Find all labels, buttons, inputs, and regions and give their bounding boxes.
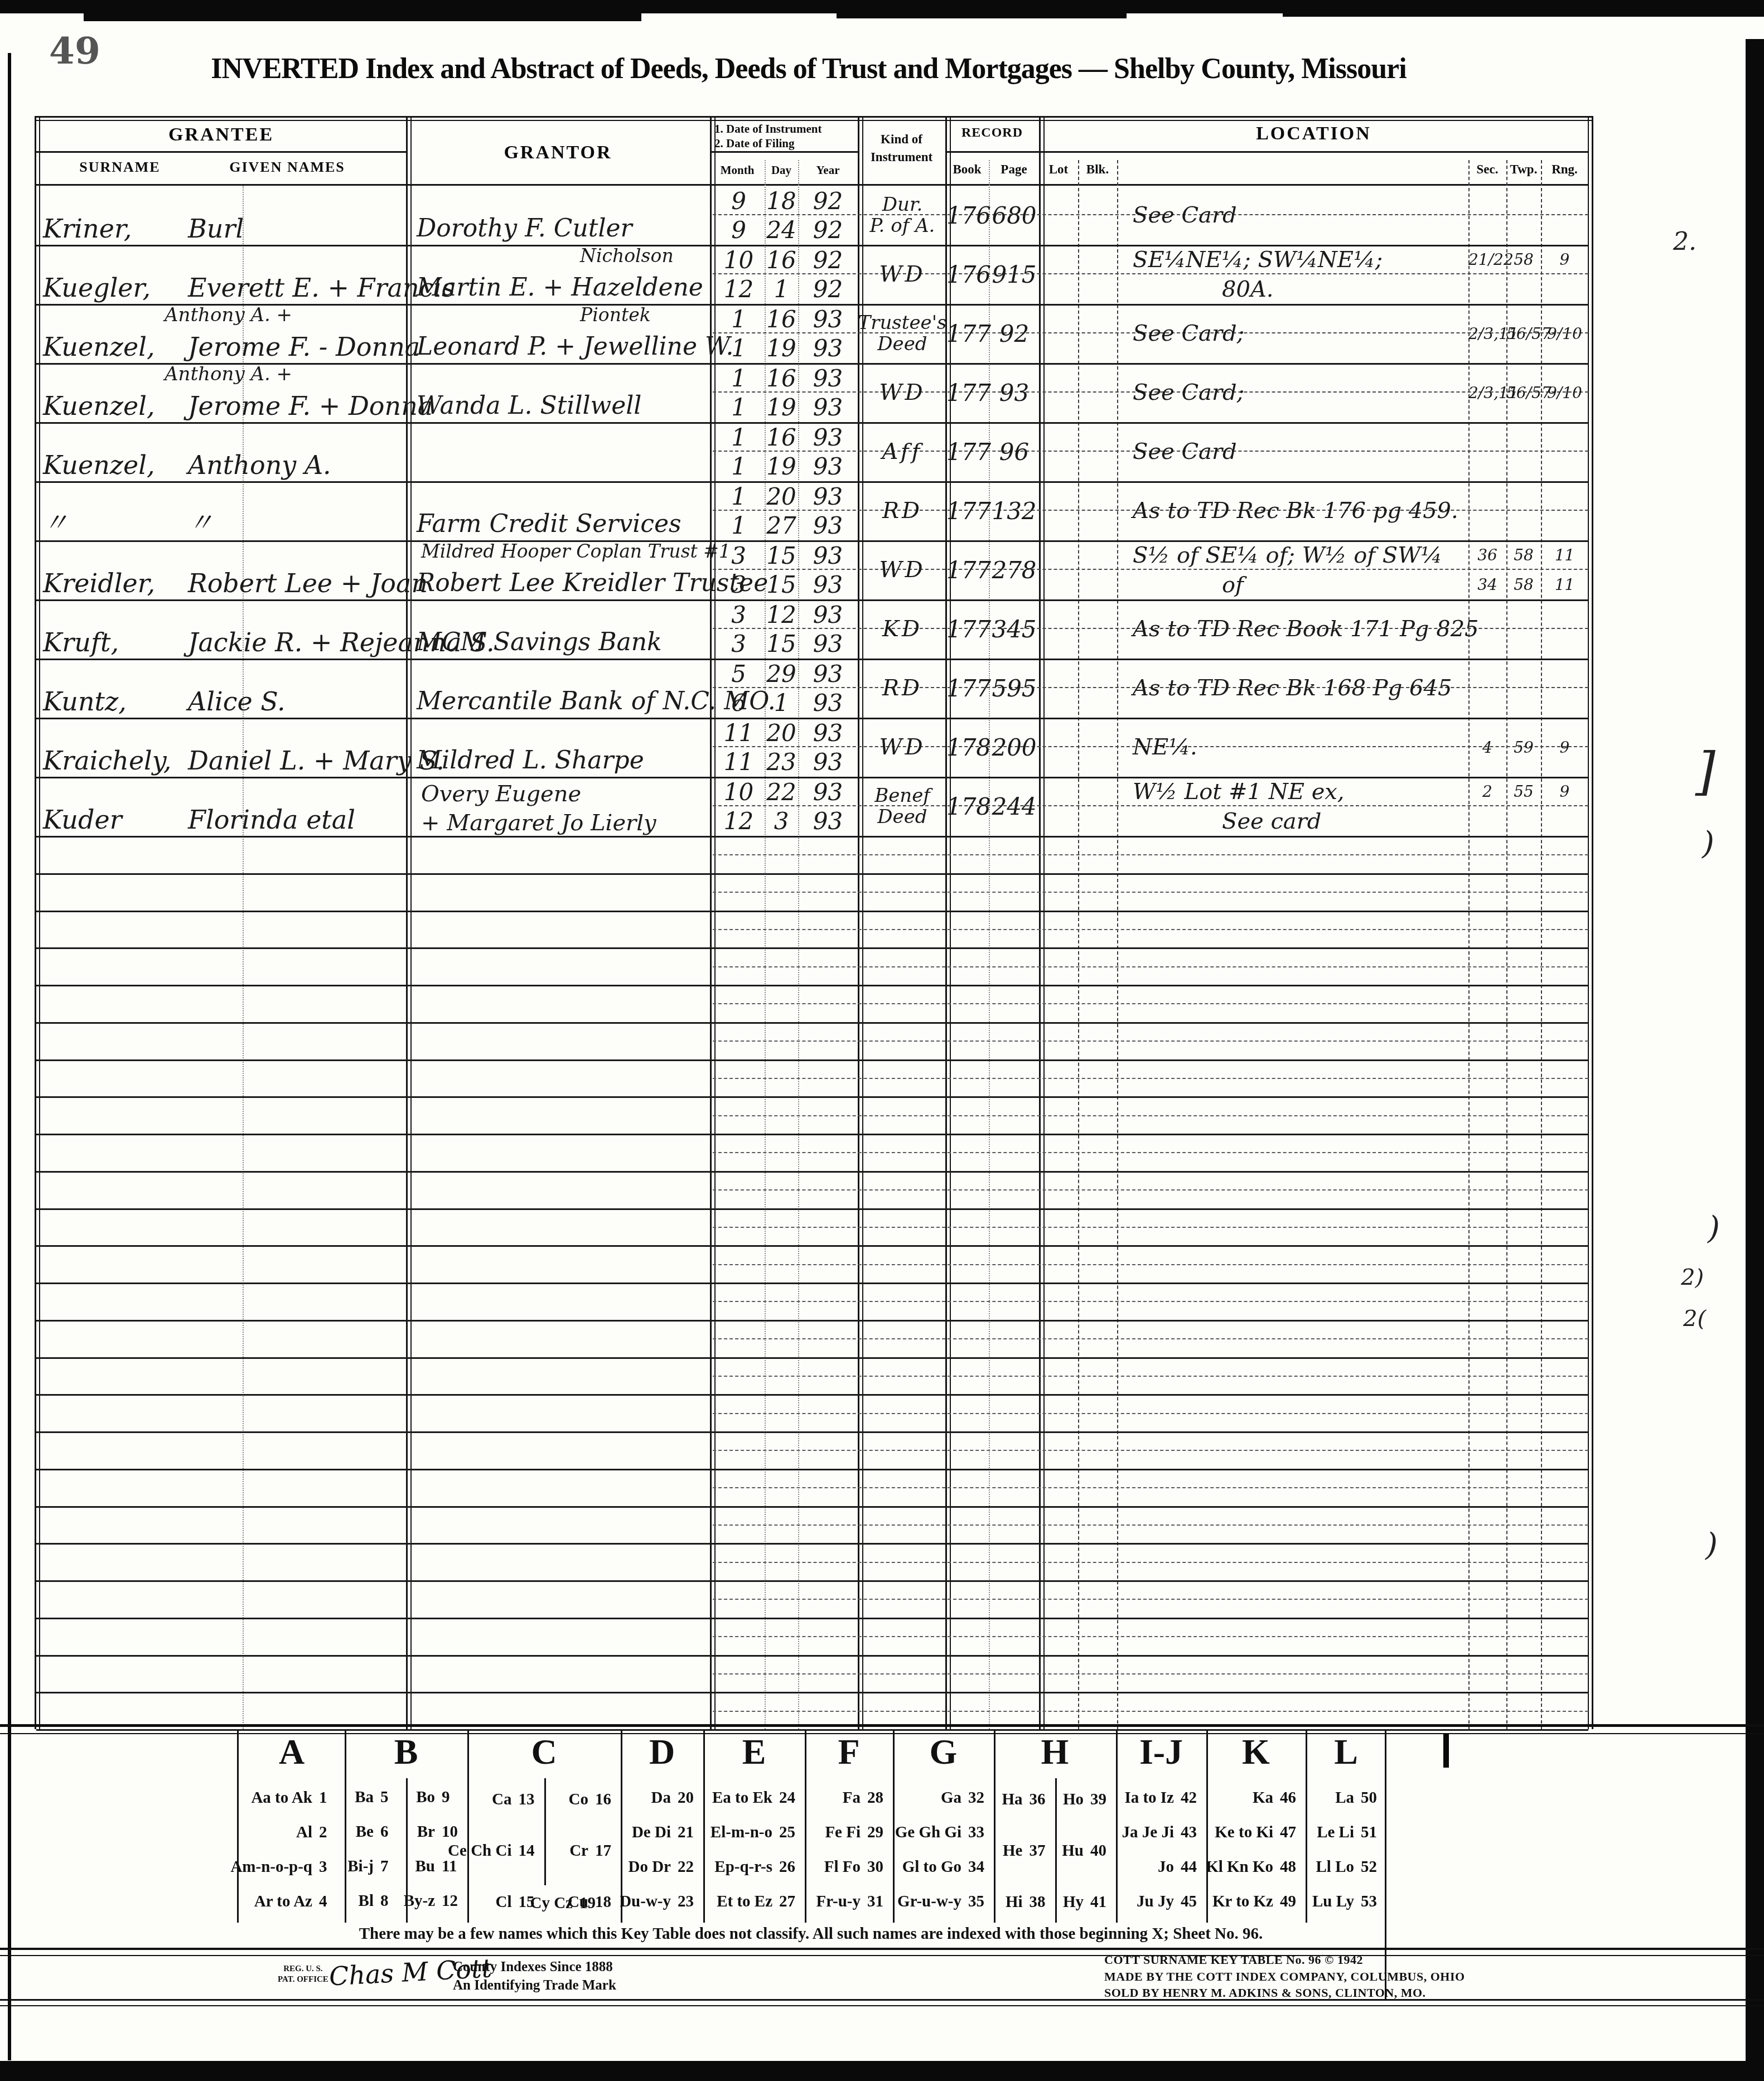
table-body: Kriner,BurlDorothy F. Cutler9189292492Du… xyxy=(36,118,1588,1729)
date-day: 15 xyxy=(765,630,798,657)
key-range-item: Fe Fi29 xyxy=(807,1816,886,1848)
key-range-label: Kr to Kz xyxy=(1212,1893,1273,1911)
location-rng: 11 xyxy=(1541,575,1588,594)
key-letter: C xyxy=(467,1731,621,1773)
key-range-label: Aa to Ak xyxy=(251,1789,312,1807)
key-range-number: 49 xyxy=(1280,1893,1299,1911)
key-range-label: Ar to Az xyxy=(254,1893,312,1911)
date-day: 3 xyxy=(765,807,798,835)
empty-row-half-rule xyxy=(713,1673,1588,1675)
empty-row xyxy=(36,947,1588,986)
location-text: 80A. xyxy=(1124,277,1468,302)
empty-row-half-rule xyxy=(713,1450,1588,1451)
kind-of-instrument-cell: RD xyxy=(861,659,944,718)
empty-row xyxy=(36,1059,1588,1098)
key-letter: E xyxy=(703,1731,805,1773)
location-twp: 56/57 xyxy=(1506,384,1541,402)
key-range-number: 34 xyxy=(968,1858,987,1876)
location-cell: See Card;2/3,1156/579/10 xyxy=(1124,363,1588,422)
key-range-label: Lu Ly xyxy=(1312,1893,1354,1911)
date-line: 101692 xyxy=(713,246,858,274)
location-text: See Card; xyxy=(1124,321,1468,346)
key-range-number: 29 xyxy=(867,1823,886,1842)
kind-of-instrument-cell: BenefDeed xyxy=(861,777,944,836)
scan-edge-top-blob1 xyxy=(84,0,641,21)
footer-slogan: County Indexes Since 1888 An Identifying… xyxy=(453,1958,616,1995)
key-range-label: Be xyxy=(356,1823,374,1841)
stray-pen-mark: ) xyxy=(1705,1527,1718,1563)
key-range-label: Et to Ez xyxy=(717,1893,772,1911)
key-letter: H xyxy=(994,1731,1116,1773)
key-column-d: DDa20De Di21Do Dr22Du-w-y23 xyxy=(621,1730,703,1923)
location-text: NE¼. xyxy=(1124,734,1468,760)
location-sec: 2/3,11 xyxy=(1468,325,1506,343)
key-column-divider xyxy=(345,1730,346,1923)
footer-slogan-line1: County Indexes Since 1888 xyxy=(453,1958,616,1977)
record-book-cell: 177 xyxy=(947,659,990,718)
scan-edge-left xyxy=(8,53,11,2060)
key-column-l: LLa50Le Li51Ll Lo52Lu Ly53 xyxy=(1306,1730,1386,1923)
key-range-item: Ea to Ek24 xyxy=(705,1782,798,1814)
location-text: of xyxy=(1124,572,1468,598)
kind-of-instrument-line: RD xyxy=(882,676,922,701)
empty-row xyxy=(36,1283,1588,1322)
key-range-item: Cy Cz19 xyxy=(479,1888,598,1919)
page-number: 49 xyxy=(49,29,100,72)
kind-of-instrument-cell: Trustee'sDeed xyxy=(861,304,944,363)
grantee-cell: KuderFlorinda etal xyxy=(43,805,400,835)
empty-row xyxy=(36,1618,1588,1657)
key-column-divider xyxy=(994,1730,995,1923)
location-cell: As to TD Rec Book 171 Pg 825 xyxy=(1124,599,1588,659)
key-range-label: Ke to Ki xyxy=(1215,1823,1273,1842)
key-column-divider xyxy=(1306,1730,1307,1923)
key-range-item: El-m-n-o25 xyxy=(705,1816,798,1848)
key-column-a: AAa to Ak1Al2Am-n-o-p-q3Ar to Az4 xyxy=(239,1730,345,1923)
key-letter: G xyxy=(893,1731,994,1773)
footer-publisher-line1: COTT SURNAME KEY TABLE No. 96 © 1942 xyxy=(1104,1952,1465,1968)
key-range-item: Le Li51 xyxy=(1308,1816,1380,1848)
empty-row xyxy=(36,1357,1588,1396)
key-range-number: 33 xyxy=(968,1823,987,1842)
key-range-number: 47 xyxy=(1280,1823,1299,1842)
empty-row-half-rule xyxy=(713,1636,1588,1637)
table-row: Kreidler,Robert Lee + JoanMildred Hooper… xyxy=(36,540,1588,601)
date-line: 31293 xyxy=(713,601,858,628)
key-range-number: 2 xyxy=(319,1823,338,1842)
key-range-number: 40 xyxy=(1090,1842,1109,1860)
key-range-label: Bo xyxy=(416,1788,435,1807)
key-range-number: 8 xyxy=(380,1892,399,1910)
key-range-item: Da20 xyxy=(623,1782,697,1814)
key-column-divider xyxy=(1206,1730,1208,1923)
key-column-i-j: I-JIa to Iz42Ja Je Ji43Jo44Ju Jy45 xyxy=(1116,1730,1206,1923)
grantee-surname: Kraichely, xyxy=(43,746,188,776)
key-range-number: 35 xyxy=(968,1893,987,1911)
footer-reg-line2: PAT. OFFICE xyxy=(278,1974,328,1985)
key-range-label: Da xyxy=(651,1789,671,1807)
key-range-label: Kl Kn Ko xyxy=(1206,1858,1273,1876)
stray-pen-mark: 2) xyxy=(1681,1265,1704,1290)
date-year: 93 xyxy=(798,778,858,806)
record-page-cell: 345 xyxy=(990,599,1038,659)
date-month: 11 xyxy=(713,748,765,776)
grantee-cell: Kuenzel,Jerome F. - Donna xyxy=(43,332,400,362)
key-range-item: Al2 xyxy=(241,1816,338,1848)
empty-row-half-rule xyxy=(713,1264,1588,1265)
empty-row xyxy=(36,985,1588,1024)
key-range-item: Ha36 xyxy=(995,1784,1048,1815)
key-range-number: 45 xyxy=(1181,1893,1200,1911)
key-range-label: Fa xyxy=(843,1789,861,1807)
location-text: See Card xyxy=(1124,202,1468,228)
grantee-cell: Kreidler,Robert Lee + Joan xyxy=(43,568,400,598)
key-letter: B xyxy=(345,1731,467,1773)
date-month: 3 xyxy=(713,601,765,628)
key-range-number: 22 xyxy=(678,1858,697,1876)
key-range-item: Bi-j7 xyxy=(346,1851,399,1882)
key-range-label: Ce Ch Ci xyxy=(448,1842,511,1860)
key-range-item: By-z12 xyxy=(407,1885,461,1917)
date-month: 5 xyxy=(713,660,765,688)
kind-of-instrument-line: WD xyxy=(879,380,925,405)
date-year: 93 xyxy=(798,394,858,421)
date-day: 27 xyxy=(765,512,798,539)
key-range-item: Et to Ez27 xyxy=(705,1885,798,1918)
date-day: 19 xyxy=(765,453,798,480)
table-row: KuderFlorinda etalOvery Eugene+ Margaret… xyxy=(36,777,1588,838)
grantor-cell: Farm Credit Services xyxy=(417,510,711,538)
kind-of-instrument-cell: RD xyxy=(861,481,944,540)
empty-row xyxy=(36,1469,1588,1508)
empty-row-half-rule xyxy=(713,1599,1588,1600)
location-twp: 59 xyxy=(1506,738,1541,757)
location-rng: 9/10 xyxy=(1541,384,1588,402)
key-range-label: Hy xyxy=(1063,1893,1084,1911)
location-sec: 4 xyxy=(1468,738,1506,757)
grantee-surname: Kruft, xyxy=(43,627,188,657)
grantor-cell: Mildred L. Sharpe xyxy=(417,746,711,775)
key-range-item: Gl to Go34 xyxy=(895,1851,987,1883)
empty-row xyxy=(36,1096,1588,1135)
record-book-cell: 176 xyxy=(947,245,990,304)
key-range-item: Bo9 xyxy=(407,1782,461,1813)
grantee-given-names: Everett E. + Francis xyxy=(188,273,455,303)
empty-row xyxy=(36,1208,1588,1247)
date-line: 12093 xyxy=(713,482,858,510)
record-book-cell: 177 xyxy=(947,481,990,540)
date-year: 93 xyxy=(798,601,858,628)
footer-slogan-line2: An Identifying Trade Mark xyxy=(453,1977,616,1995)
empty-row-half-rule xyxy=(713,1338,1588,1339)
key-letter: L xyxy=(1306,1731,1386,1773)
key-range-item: Aa to Ak1 xyxy=(241,1782,338,1814)
location-text: See card xyxy=(1124,809,1468,834)
date-year: 92 xyxy=(798,187,858,215)
location-twp: 58 xyxy=(1506,250,1541,269)
key-range-label: Ga xyxy=(941,1789,961,1807)
scan-edge-top-blob2 xyxy=(837,0,1127,18)
key-range-item: Fa28 xyxy=(807,1782,886,1814)
key-range-number: 7 xyxy=(380,1857,399,1876)
location-line: See Card;2/3,1156/579/10 xyxy=(1124,363,1588,422)
empty-row xyxy=(36,873,1588,912)
key-range-item: Ho39 xyxy=(1056,1784,1110,1815)
date-month: 3 xyxy=(713,542,765,569)
key-range-label: Gr-u-w-y xyxy=(897,1893,961,1911)
grantee-given-above: Anthony A. + xyxy=(165,363,292,385)
footer-reg-mark: REG. U. S. PAT. OFFICE xyxy=(278,1964,328,1985)
location-text: S½ of SE¼ of; W½ of SW¼ xyxy=(1124,543,1468,568)
scan-edge-right xyxy=(1746,39,1764,2081)
stray-pen-mark: ) xyxy=(1702,825,1714,862)
date-line: 31593 xyxy=(713,541,858,569)
date-line: 6193 xyxy=(713,689,858,717)
key-range-label: Co xyxy=(569,1790,588,1809)
stray-pen-mark: ) xyxy=(1708,1210,1720,1246)
location-rng: 9/10 xyxy=(1541,325,1588,343)
record-book-cell: 176 xyxy=(947,186,990,245)
key-range-label: Hu xyxy=(1062,1842,1084,1860)
key-range-label: Bu xyxy=(415,1857,435,1876)
date-month: 6 xyxy=(713,689,765,717)
key-column-divider xyxy=(703,1730,705,1923)
key-range-item: Ia to Iz42 xyxy=(1118,1782,1200,1814)
key-letter: K xyxy=(1206,1731,1306,1773)
empty-row xyxy=(36,1171,1588,1210)
key-column-divider xyxy=(1116,1730,1118,1923)
record-page-cell: 132 xyxy=(990,481,1038,540)
key-range-label: Hi xyxy=(1006,1893,1023,1911)
empty-row xyxy=(36,1543,1588,1582)
location-sec: 36 xyxy=(1468,546,1506,564)
record-page-cell: 915 xyxy=(990,245,1038,304)
date-month: 1 xyxy=(713,483,765,510)
key-range-label: Ka xyxy=(1253,1789,1273,1807)
grantee-cell: Kuenzel,Anthony A. xyxy=(43,450,400,480)
location-twp: 55 xyxy=(1506,782,1541,801)
kind-of-instrument-cell: WD xyxy=(861,718,944,777)
key-range-number: 5 xyxy=(380,1788,399,1807)
stray-pen-mark: 2. xyxy=(1673,228,1697,256)
key-range-number: 26 xyxy=(779,1858,798,1876)
record-page-cell: 96 xyxy=(990,422,1038,481)
grantor-name-above: Nicholson xyxy=(580,245,674,267)
key-range-number: 17 xyxy=(595,1842,614,1860)
grantee-given-names: Jerome F. - Donna xyxy=(188,332,420,362)
index-table: GRANTEE SURNAME GIVEN NAMES GRANTOR 1. D… xyxy=(35,116,1593,1729)
key-column-divider xyxy=(805,1730,806,1923)
key-range-number: 50 xyxy=(1361,1789,1380,1807)
date-month: 3 xyxy=(713,571,765,598)
key-range-number: 44 xyxy=(1181,1858,1200,1876)
key-range-label: Am-n-o-p-q xyxy=(230,1858,312,1876)
table-row: Anthony A. +Kuenzel,Jerome F. - DonnaPio… xyxy=(36,304,1588,365)
key-range-label: Ba xyxy=(355,1788,374,1807)
double-rule-1 xyxy=(0,1948,1764,1956)
key-range-label: He xyxy=(1003,1842,1022,1860)
date-day: 16 xyxy=(765,246,798,274)
key-range-item: Cr17 xyxy=(545,1835,615,1866)
key-range-number: 1 xyxy=(319,1789,338,1807)
empty-row xyxy=(36,836,1588,875)
key-range-label: Do Dr xyxy=(628,1858,671,1876)
grantee-given-names: Robert Lee + Joan xyxy=(188,568,428,598)
date-line: 11993 xyxy=(713,452,858,480)
key-range-number: 16 xyxy=(595,1790,614,1809)
kind-of-instrument-line: WD xyxy=(879,262,925,287)
grantee-surname: Kuntz, xyxy=(43,686,188,717)
grantee-cell: Kriner,Burl xyxy=(43,214,400,244)
grantee-given-above: Anthony A. + xyxy=(165,304,292,326)
key-range-item: Ep-q-r-s26 xyxy=(705,1851,798,1883)
key-range-number: 51 xyxy=(1361,1823,1380,1842)
date-day: 20 xyxy=(765,719,798,747)
kind-of-instrument-line: Deed xyxy=(877,333,927,355)
date-month: 12 xyxy=(713,807,765,835)
kind-of-instrument-cell: WD xyxy=(861,245,944,304)
key-range-item: Hy41 xyxy=(1056,1886,1110,1918)
key-range-item: Ke to Ki47 xyxy=(1209,1816,1299,1848)
date-line: 12192 xyxy=(713,275,858,303)
key-range-number: 25 xyxy=(779,1823,798,1842)
key-range-label: Ha xyxy=(1002,1790,1022,1809)
date-line: 11993 xyxy=(713,393,858,421)
empty-row-half-rule xyxy=(713,1301,1588,1302)
date-line: 112393 xyxy=(713,748,858,776)
kind-of-instrument-line: RD xyxy=(882,499,922,524)
date-year: 93 xyxy=(798,630,858,657)
grantee-surname: 〃 xyxy=(43,502,188,539)
table-row: Kuntz,Alice S.Mercantile Bank of N.C. MO… xyxy=(36,659,1588,719)
key-range-item: Co16 xyxy=(545,1784,615,1815)
key-range-item: Kl Kn Ko48 xyxy=(1209,1851,1299,1883)
kind-of-instrument-line: P. of A. xyxy=(870,215,935,236)
key-range-label: El-m-n-o xyxy=(711,1823,772,1842)
grantor-cell: Dorothy F. Cutler xyxy=(417,214,711,243)
grantor-cell: MCM Savings Bank xyxy=(417,628,711,656)
grantee-given-names: 〃 xyxy=(188,507,214,538)
grantor-name-above: Piontek xyxy=(580,304,651,326)
date-year: 93 xyxy=(798,335,858,362)
empty-row-half-rule xyxy=(713,854,1588,855)
scanned-ledger-page: 49 INVERTED Index and Abstract of Deeds,… xyxy=(0,0,1764,2081)
empty-row xyxy=(36,1134,1588,1173)
key-range-label: La xyxy=(1335,1789,1354,1807)
grantee-surname: Kriner, xyxy=(43,214,188,244)
location-rng: 9 xyxy=(1541,782,1588,801)
location-line: As to TD Rec Bk 176 pg 459. xyxy=(1124,481,1588,540)
date-day: 16 xyxy=(765,306,798,333)
key-range-label: Gl to Go xyxy=(902,1858,961,1876)
kind-of-instrument-cell: KD xyxy=(861,599,944,659)
key-range-item: Ar to Az4 xyxy=(241,1885,338,1918)
location-text: As to TD Rec Bk 168 Pg 645 xyxy=(1124,675,1468,701)
key-range-item: Gr-u-w-y35 xyxy=(895,1885,987,1918)
date-day: 24 xyxy=(765,216,798,244)
kind-of-instrument-line: Deed xyxy=(877,806,927,827)
key-range-item: Am-n-o-p-q3 xyxy=(241,1851,338,1883)
location-cell: As to TD Rec Bk 168 Pg 645 xyxy=(1124,659,1588,718)
empty-row-half-rule xyxy=(713,1189,1588,1190)
location-sec: 2 xyxy=(1468,782,1506,801)
date-day: 1 xyxy=(765,689,798,717)
date-month: 1 xyxy=(713,365,765,392)
location-line: See card xyxy=(1124,806,1588,836)
key-range-number: 27 xyxy=(779,1893,798,1911)
date-day: 22 xyxy=(765,778,798,806)
location-sec: 34 xyxy=(1468,575,1506,594)
grantor-cell: Leonard P. + Jewelline W. xyxy=(417,332,711,361)
key-range-label: Al xyxy=(296,1823,312,1842)
footer-reg-line1: REG. U. S. xyxy=(278,1964,328,1974)
key-column-divider xyxy=(621,1730,622,1923)
empty-row xyxy=(36,911,1588,950)
record-book-cell: 177 xyxy=(947,363,990,422)
surname-key-table: AAa to Ak1Al2Am-n-o-p-q3Ar to Az4BBa5Be6… xyxy=(237,1730,1386,1923)
date-line: 52993 xyxy=(713,660,858,688)
key-range-number: 39 xyxy=(1090,1790,1109,1809)
empty-row xyxy=(36,1655,1588,1694)
grantee-cell: 〃〃 xyxy=(43,502,400,539)
key-range-label: Fr-u-y xyxy=(816,1893,861,1911)
page-title: INVERTED Index and Abstract of Deeds, De… xyxy=(139,52,1478,85)
grantee-surname: Kreidler, xyxy=(43,568,188,598)
location-sec: 21/22 xyxy=(1468,250,1506,269)
key-range-number: 21 xyxy=(678,1823,697,1842)
footer-publisher: COTT SURNAME KEY TABLE No. 96 © 1942 MAD… xyxy=(1104,1952,1465,2001)
grantee-given-names: Daniel L. + Mary S. xyxy=(188,746,444,776)
key-range-item: De Di21 xyxy=(623,1816,697,1848)
key-range-label: Ju Jy xyxy=(1137,1893,1174,1911)
grantor-cell-line2: + Margaret Jo Lierly xyxy=(421,810,711,836)
location-text: As to TD Rec Book 171 Pg 825 xyxy=(1124,616,1479,642)
date-line: 112093 xyxy=(713,719,858,747)
key-range-number: 36 xyxy=(1030,1790,1048,1809)
empty-row xyxy=(36,1320,1588,1359)
date-month: 10 xyxy=(713,246,765,274)
key-column-k: KKa46Ke to Ki47Kl Kn Ko48Kr to Kz49 xyxy=(1206,1730,1306,1923)
record-page-cell: 244 xyxy=(990,777,1038,836)
kind-of-instrument-cell: Dur.P. of A. xyxy=(861,186,944,245)
key-range-item: Jo44 xyxy=(1118,1851,1200,1883)
date-day: 23 xyxy=(765,748,798,776)
footer-publisher-line2: MADE BY THE COTT INDEX COMPANY, COLUMBUS… xyxy=(1104,1968,1465,1985)
empty-row-half-rule xyxy=(713,1711,1588,1712)
key-range-label: Ep-q-r-s xyxy=(714,1858,772,1876)
empty-row-half-rule xyxy=(713,1562,1588,1563)
key-range-item: Ge Gh Gi33 xyxy=(895,1816,987,1848)
date-month: 12 xyxy=(713,275,765,303)
key-range-item: Ka46 xyxy=(1209,1782,1299,1814)
date-year: 93 xyxy=(798,542,858,569)
record-book-cell: 178 xyxy=(947,777,990,836)
key-range-item: Hi38 xyxy=(995,1886,1048,1918)
key-range-label: Fe Fi xyxy=(825,1823,861,1842)
date-day: 19 xyxy=(765,394,798,421)
location-cell: S½ of SE¼ of; W½ of SW¼365811of345811 xyxy=(1124,540,1588,599)
key-range-item: Be6 xyxy=(346,1816,399,1847)
table-row: Kuenzel,Anthony A.1169311993Aff17796See … xyxy=(36,422,1588,483)
grantee-given-names: Burl xyxy=(188,214,244,244)
empty-row-half-rule xyxy=(713,892,1588,893)
key-letter: D xyxy=(621,1731,703,1773)
grantor-cell: Robert Lee Kreidler Trustee xyxy=(417,569,711,597)
location-line: of345811 xyxy=(1124,570,1588,599)
key-range-item: Kr to Kz49 xyxy=(1209,1885,1299,1918)
double-rule-2 xyxy=(0,1999,1764,2006)
date-year: 93 xyxy=(798,748,858,776)
